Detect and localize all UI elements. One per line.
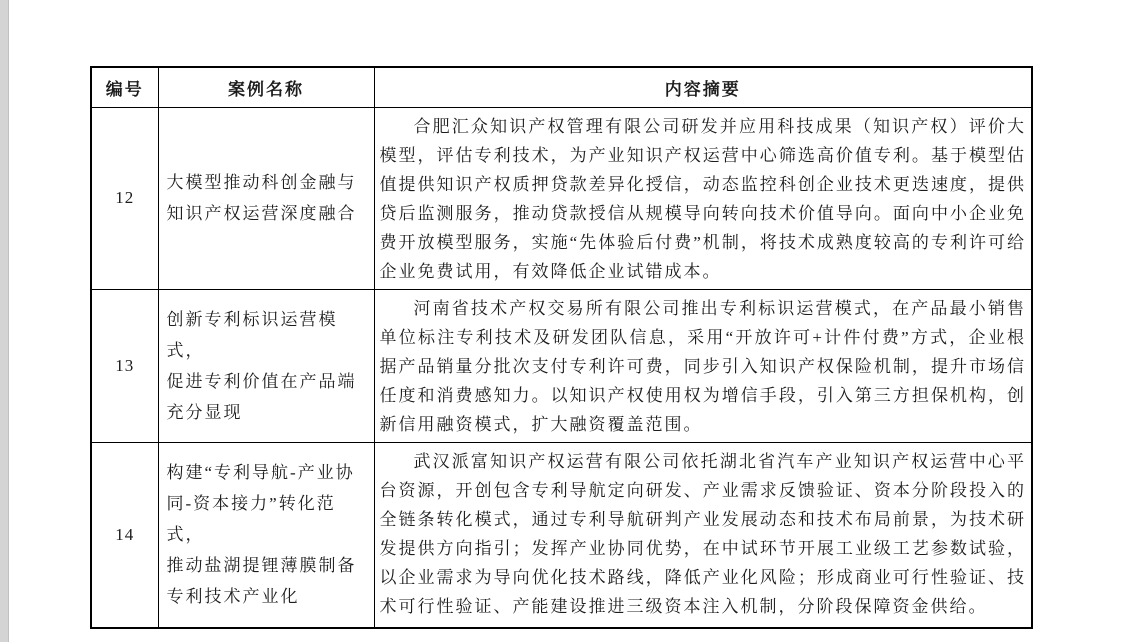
case-name-cell: 大模型推动科创金融与 知识产权运营深度融合 [158,107,374,289]
header-number: 编号 [91,67,158,107]
table-row: 13 创新专利标识运营模式， 促进专利价值在产品端 充分显现 河南省技术产权交易… [91,289,1032,442]
case-summary-table: 编号 案例名称 内容摘要 12 大模型推动科创金融与 知识产权运营深度融合 合肥… [90,66,1033,629]
row-number-cell: 13 [91,289,158,442]
table-row: 12 大模型推动科创金融与 知识产权运营深度融合 合肥汇众知识产权管理有限公司研… [91,107,1032,289]
case-name-cell: 创新专利标识运营模式， 促进专利价值在产品端 充分显现 [158,289,374,442]
summary-cell: 武汉派富知识产权运营有限公司依托湖北省汽车产业知识产权运营中心平台资源，开创包含… [374,442,1032,628]
table-row: 14 构建“专利导航-产业协 同-资本接力”转化范式， 推动盐湖提锂薄膜制备 专… [91,442,1032,628]
summary-cell: 河南省技术产权交易所有限公司推出专利标识运营模式，在产品最小销售单位标注专利技术… [374,289,1032,442]
table-header-row: 编号 案例名称 内容摘要 [91,67,1032,107]
summary-cell: 合肥汇众知识产权管理有限公司研发并应用科技成果（知识产权）评价大模型，评估专利技… [374,107,1032,289]
row-number-cell: 14 [91,442,158,628]
row-number-cell: 12 [91,107,158,289]
header-summary: 内容摘要 [374,67,1032,107]
header-case-name: 案例名称 [158,67,374,107]
case-name-cell: 构建“专利导航-产业协 同-资本接力”转化范式， 推动盐湖提锂薄膜制备 专利技术… [158,442,374,628]
window-edge-strip [0,0,9,642]
